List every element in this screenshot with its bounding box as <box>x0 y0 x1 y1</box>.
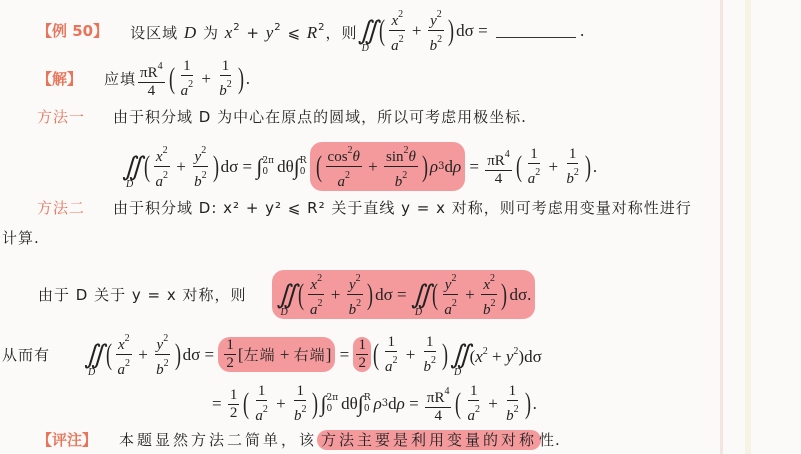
method2-text: 由于积分域 D: x² + y² ⩽ R² 关于直线 y = x 对称，则可考虑… <box>113 198 692 218</box>
page-edge-shadow <box>745 0 751 454</box>
method1-line: 方法一 由于积分域 D 为中心在原点的圆域，所以可考虑用极坐标. <box>37 107 527 127</box>
thus-line: 从而有 ∬D ( x2a2 + y2b2 )dσ = 12 [左端 + 右端] … <box>2 330 542 379</box>
highlight-half-sum: 12 [左端 + 右端] <box>218 337 335 372</box>
page-edge-shadow <box>720 0 723 454</box>
symmetry-line: 由于 D 关于 y = x 对称，则 ∬D ( x2a2 + y2b2 )dσ … <box>38 270 535 319</box>
comment-tag: 【评注】 <box>37 430 97 450</box>
method1-tag: 方法一 <box>37 107 85 127</box>
method2-line: 方法二 由于积分域 D: x² + y² ⩽ R² 关于直线 y = x 对称，… <box>37 198 692 218</box>
answer-text: 应填 <box>104 69 136 89</box>
answer-blank <box>496 23 576 38</box>
method2-tag: 方法二 <box>37 198 85 218</box>
highlight-symmetry-equation: ∬D ( x2a2 + y2b2 )dσ = ∬D ( y2a2 + x2b2 … <box>272 270 535 319</box>
fraction: y2b2 <box>428 6 445 55</box>
thus-lead: 从而有 <box>2 345 50 365</box>
answer-line: 【解】 应填 πR44 ( 1a2 + 1b2 ). <box>37 58 250 100</box>
double-integral: ∬D <box>358 17 378 45</box>
fraction: πR44 <box>138 58 165 100</box>
final-equation: = 12 ( 1a2 + 1b2 ) ∫2π0dθ ∫R0 ρ3dρ = πR4… <box>212 383 537 425</box>
highlight-polar-integrand: ( cos2θa2 + sin2θb2 )ρ3dρ <box>310 142 466 191</box>
example-prompt: 设区域 D 为 x2 + y2 ⩽ R2，则 <box>130 18 357 43</box>
method1-equation: ∬D ( x2a2 + y2b2 )dσ = ∫2π0dθ ∫R0 ( cos2… <box>122 142 597 191</box>
method2-text-cont: 计算. <box>2 228 40 248</box>
example-line: 【例 50】 设区域 D 为 x2 + y2 ⩽ R2，则 ∬D ( x2a2 … <box>37 6 584 55</box>
highlight-comment: 方法主要是利用变量的对称 <box>317 430 541 450</box>
symmetry-lead: 由于 D 关于 y = x 对称，则 <box>38 285 246 305</box>
method1-text: 由于积分域 D 为中心在原点的圆域，所以可考虑用极坐标. <box>113 107 527 127</box>
comment-line: 【评注】 本题显然方法二简单，该 方法主要是利用变量的对称 性. <box>37 430 561 450</box>
example-tag: 【例 50】 <box>37 21 108 41</box>
highlight-half: 12 <box>353 337 371 372</box>
comment-text: 本题显然方法二简单，该 <box>119 430 317 450</box>
answer-tag: 【解】 <box>37 69 82 89</box>
fraction: x2a2 <box>389 6 406 55</box>
